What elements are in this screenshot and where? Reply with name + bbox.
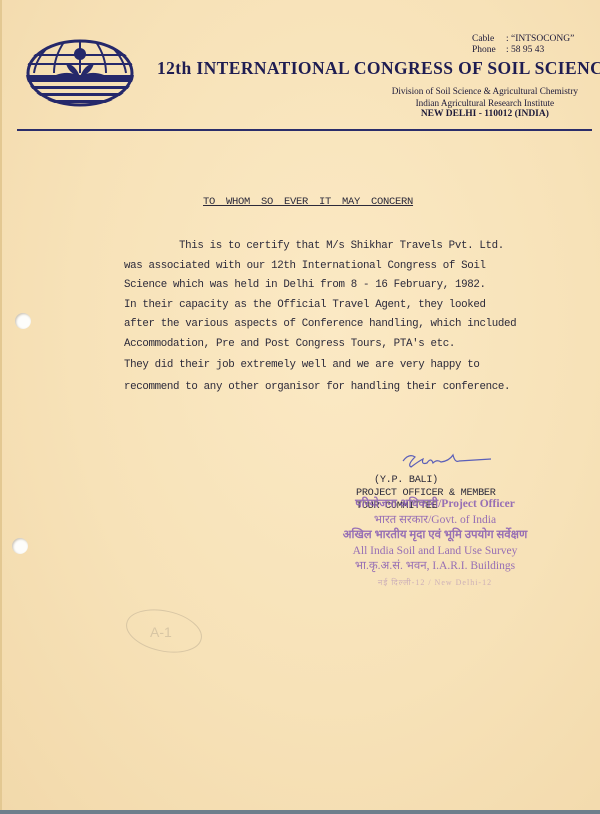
- letterhead-divider: [17, 129, 592, 131]
- pencil-annotation-icon: A-1: [120, 605, 208, 655]
- signatory-name: (Y.P. BALI): [356, 474, 496, 487]
- phone-label: Phone: [472, 45, 506, 56]
- handwritten-signature-icon: [399, 447, 494, 473]
- body-line: They did their job extremely well and we…: [124, 356, 516, 376]
- stamp-line: भा.कृ.अ.सं. भवन, I.A.R.I. Buildings: [340, 559, 530, 575]
- address-block: Division of Soil Science & Agricultural …: [392, 86, 578, 121]
- body-line: was associated with our 12th Internation…: [124, 257, 516, 277]
- stamp-line: All India Soil and Land Use Survey: [340, 544, 530, 560]
- body-line: Science which was held in Delhi from 8 -…: [124, 276, 516, 296]
- address-line-institute: Indian Agricultural Research Institute: [392, 98, 578, 110]
- stamp-line: नई दिल्ली-12 / New Delhi-12: [340, 575, 530, 591]
- cable-label: Cable: [472, 34, 506, 45]
- body-line: Accommodation, Pre and Post Congress Tou…: [124, 335, 516, 355]
- address-line-division: Division of Soil Science & Agricultural …: [392, 86, 578, 98]
- letter-subject: TO WHOM SO EVER IT MAY CONCERN: [203, 196, 413, 208]
- letter-page: Cable: “INTSOCONG” Phone: 58 95 43 12th …: [0, 0, 600, 810]
- phone-value: : 58 95 43: [506, 45, 544, 56]
- punch-hole: [15, 313, 31, 329]
- scan-bottom-edge: [0, 810, 600, 814]
- congress-logo-icon: [24, 37, 136, 109]
- punch-hole: [12, 538, 28, 554]
- body-line: This is to certify that M/s Shikhar Trav…: [124, 237, 516, 257]
- cable-value: : “INTSOCONG”: [506, 34, 574, 45]
- body-line: recommend to any other organisor for han…: [124, 378, 516, 398]
- svg-text:A-1: A-1: [150, 624, 172, 640]
- stamp-line: भारत सरकार/Govt. of India: [340, 513, 530, 529]
- contact-block: Cable: “INTSOCONG” Phone: 58 95 43: [472, 34, 574, 56]
- letter-body: This is to certify that M/s Shikhar Trav…: [124, 237, 516, 397]
- letterhead-title: 12th INTERNATIONAL CONGRESS OF SOIL SCIE…: [157, 58, 600, 79]
- address-line-city: NEW DELHI - 110012 (INDIA): [392, 109, 578, 121]
- body-line: In their capacity as the Official Travel…: [124, 296, 516, 316]
- stamp-line: परियोजना अधिकारी/Project Officer: [340, 497, 530, 513]
- official-stamp: परियोजना अधिकारी/Project Officer भारत सर…: [340, 497, 530, 590]
- stamp-line: अखिल भारतीय मृदा एवं भूमि उपयोग सर्वेक्ष…: [340, 528, 530, 544]
- body-line: after the various aspects of Conference …: [124, 315, 516, 335]
